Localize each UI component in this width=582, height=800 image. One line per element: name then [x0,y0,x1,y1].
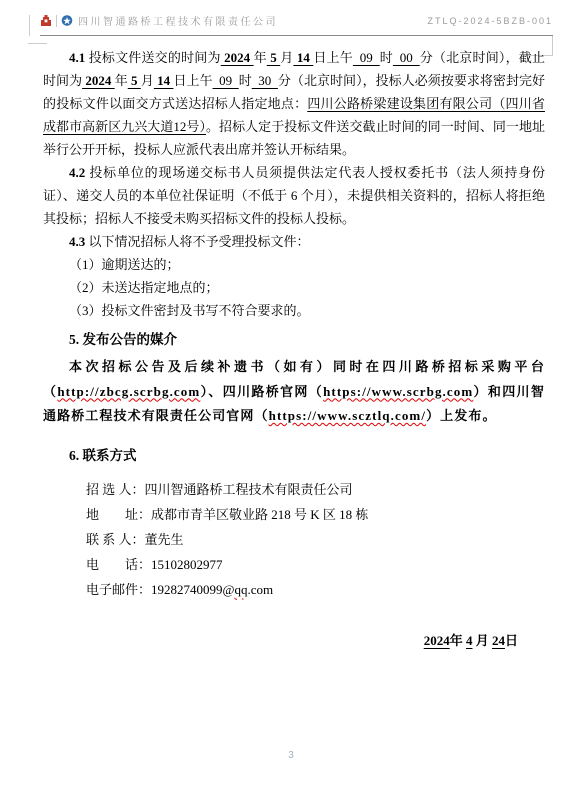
document-body: 4.1 投标文件送交的时间为 2024 年 5 月 14 日上午 09 时 00… [43,46,545,652]
section-5-paragraph: 本次招标公告及后续补遗书（如有）同时在四川路桥招标采购平台（http://zbc… [43,355,545,429]
clause-4-2: 4.2 投标单位的现场递交标书人员须提供法定代表人授权委托书（法人须持身份证）、… [43,161,545,230]
contact-row-bidder: 招 选 人： 四川智通路桥工程技术有限责任公司 [86,477,545,502]
document-date: 2024年 4 月 24日 [43,629,545,652]
contact-value: 成都市青羊区敬业路 218 号 K 区 18 栋 [151,502,368,527]
document-page: 四川智通路桥工程技术有限责任公司 ZTLQ-2024-5BZB-001 4.1 … [0,0,582,800]
text-boundary-mark [28,43,47,44]
contact-label: 电 话： [86,552,151,577]
clause-4-3-item-3: （3）投标文件密封及书写不符合要求的。 [69,299,545,322]
contact-value: 四川智通路桥工程技术有限责任公司 [145,477,353,502]
section-6-heading: 6. 联系方式 [69,444,545,467]
contact-row-email: 电子邮件： 19282740099@qq.com [86,577,545,602]
document-number: ZTLQ-2024-5BZB-001 [427,16,553,26]
contact-label: 电子邮件： [86,577,151,602]
header-rule [40,35,553,36]
page-number: 3 [0,750,582,761]
contact-row-address: 地 址： 成都市青羊区敬业路 218 号 K 区 18 栋 [86,502,545,527]
page-header: 四川智通路桥工程技术有限责任公司 ZTLQ-2024-5BZB-001 [40,13,553,28]
contact-label: 联 系 人： [86,527,145,552]
clause-4-3: 4.3 以下情况招标人将不予受理投标文件： [43,230,545,253]
contact-value: 19282740099@qq.com [151,577,273,602]
clause-4-3-item-1: （1）逾期送达的； [69,253,545,276]
contact-info-block: 招 选 人： 四川智通路桥工程技术有限责任公司 地 址： 成都市青羊区敬业路 2… [43,477,545,602]
contact-value: 15102802977 [151,552,223,577]
text-boundary-mark [29,15,30,36]
contact-row-phone: 电 话： 15102802977 [86,552,545,577]
badge-blue-icon [61,14,73,27]
contact-label: 地 址： [86,502,151,527]
logo-divider [56,15,57,27]
contact-value: 董先生 [145,527,184,552]
contact-label: 招 选 人： [86,477,145,502]
clause-4-1: 4.1 投标文件送交的时间为 2024 年 5 月 14 日上午 09 时 00… [43,46,545,161]
company-logo [40,14,73,27]
company-name: 四川智通路桥工程技术有限责任公司 [78,13,278,28]
text-boundary-mark [552,36,553,56]
section-5-heading: 5. 发布公告的媒介 [69,328,545,351]
clause-4-3-item-2: （2）未送达指定地点的； [69,276,545,299]
contact-row-person: 联 系 人： 董先生 [86,527,545,552]
bridge-red-icon [40,14,52,27]
